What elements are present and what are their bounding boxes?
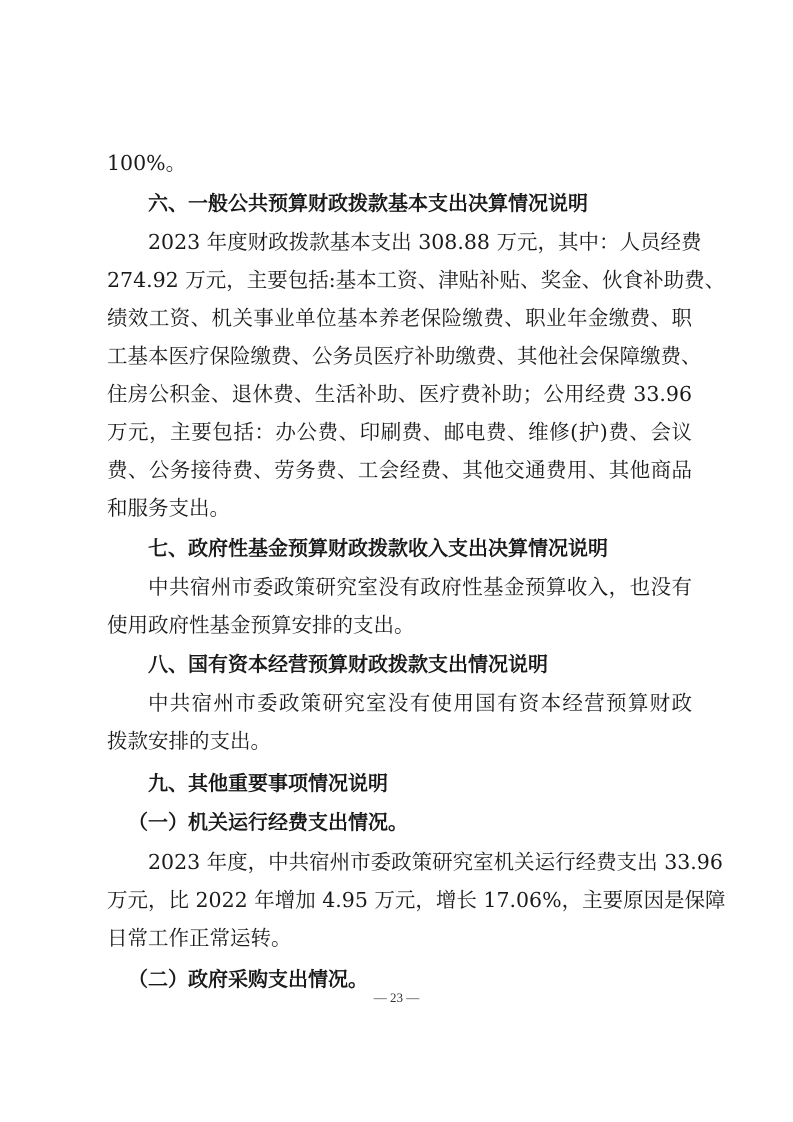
section-heading-6: 六、一般公共预算财政拨款基本支出决算情况说明 bbox=[148, 190, 692, 216]
paragraph-line: 中共宿州市委政策研究室没有使用国有资本经营预算财政 bbox=[148, 690, 692, 716]
paragraph-line: 住房公积金、退休费、生活补助、医疗费补助；公用经费 33.96 bbox=[107, 381, 692, 407]
paragraph-line: 绩效工资、机关事业单位基本养老保险缴费、职业年金缴费、职 bbox=[107, 305, 692, 331]
paragraph-line: 费、公务接待费、劳务费、工会经费、其他交通费用、其他商品 bbox=[107, 457, 692, 483]
paragraph-line: 2023 年度，中共宿州市委政策研究室机关运行经费支出 33.96 bbox=[148, 849, 692, 875]
subsection-heading-2: （二）政府采购支出情况。 bbox=[128, 966, 688, 992]
paragraph-line: 100%。 bbox=[107, 150, 692, 176]
paragraph-line: 日常工作正常运转。 bbox=[107, 925, 692, 951]
section-heading-9: 九、其他重要事项情况说明 bbox=[148, 770, 692, 796]
paragraph-line: 和服务支出。 bbox=[107, 495, 692, 521]
paragraph-line: 万元，主要包括：办公费、印刷费、邮电费、维修(护)费、会议 bbox=[107, 419, 692, 445]
paragraph-line: 2023 年度财政拨款基本支出 308.88 万元，其中：人员经费 bbox=[148, 229, 692, 255]
paragraph-line: 使用政府性基金预算安排的支出。 bbox=[107, 612, 692, 638]
paragraph-line: 万元，比 2022 年增加 4.95 万元，增长 17.06%，主要原因是保障 bbox=[107, 887, 692, 913]
paragraph-line: 274.92 万元，主要包括:基本工资、津贴补贴、奖金、伙食补助费、 bbox=[107, 267, 692, 293]
document-page: 100%。 六、一般公共预算财政拨款基本支出决算情况说明 2023 年度财政拨款… bbox=[0, 0, 793, 1122]
paragraph-line: 工基本医疗保险缴费、公务员医疗补助缴费、其他社会保障缴费、 bbox=[107, 343, 692, 369]
page-number: — 23 — bbox=[0, 990, 793, 1006]
section-heading-7: 七、政府性基金预算财政拨款收入支出决算情况说明 bbox=[148, 535, 692, 561]
paragraph-line: 中共宿州市委政策研究室没有政府性基金预算收入，也没有 bbox=[148, 574, 692, 600]
paragraph-line: 拨款安排的支出。 bbox=[107, 728, 692, 754]
section-heading-8: 八、国有资本经营预算财政拨款支出情况说明 bbox=[148, 651, 692, 677]
subsection-heading-1: （一）机关运行经费支出情况。 bbox=[128, 809, 688, 835]
